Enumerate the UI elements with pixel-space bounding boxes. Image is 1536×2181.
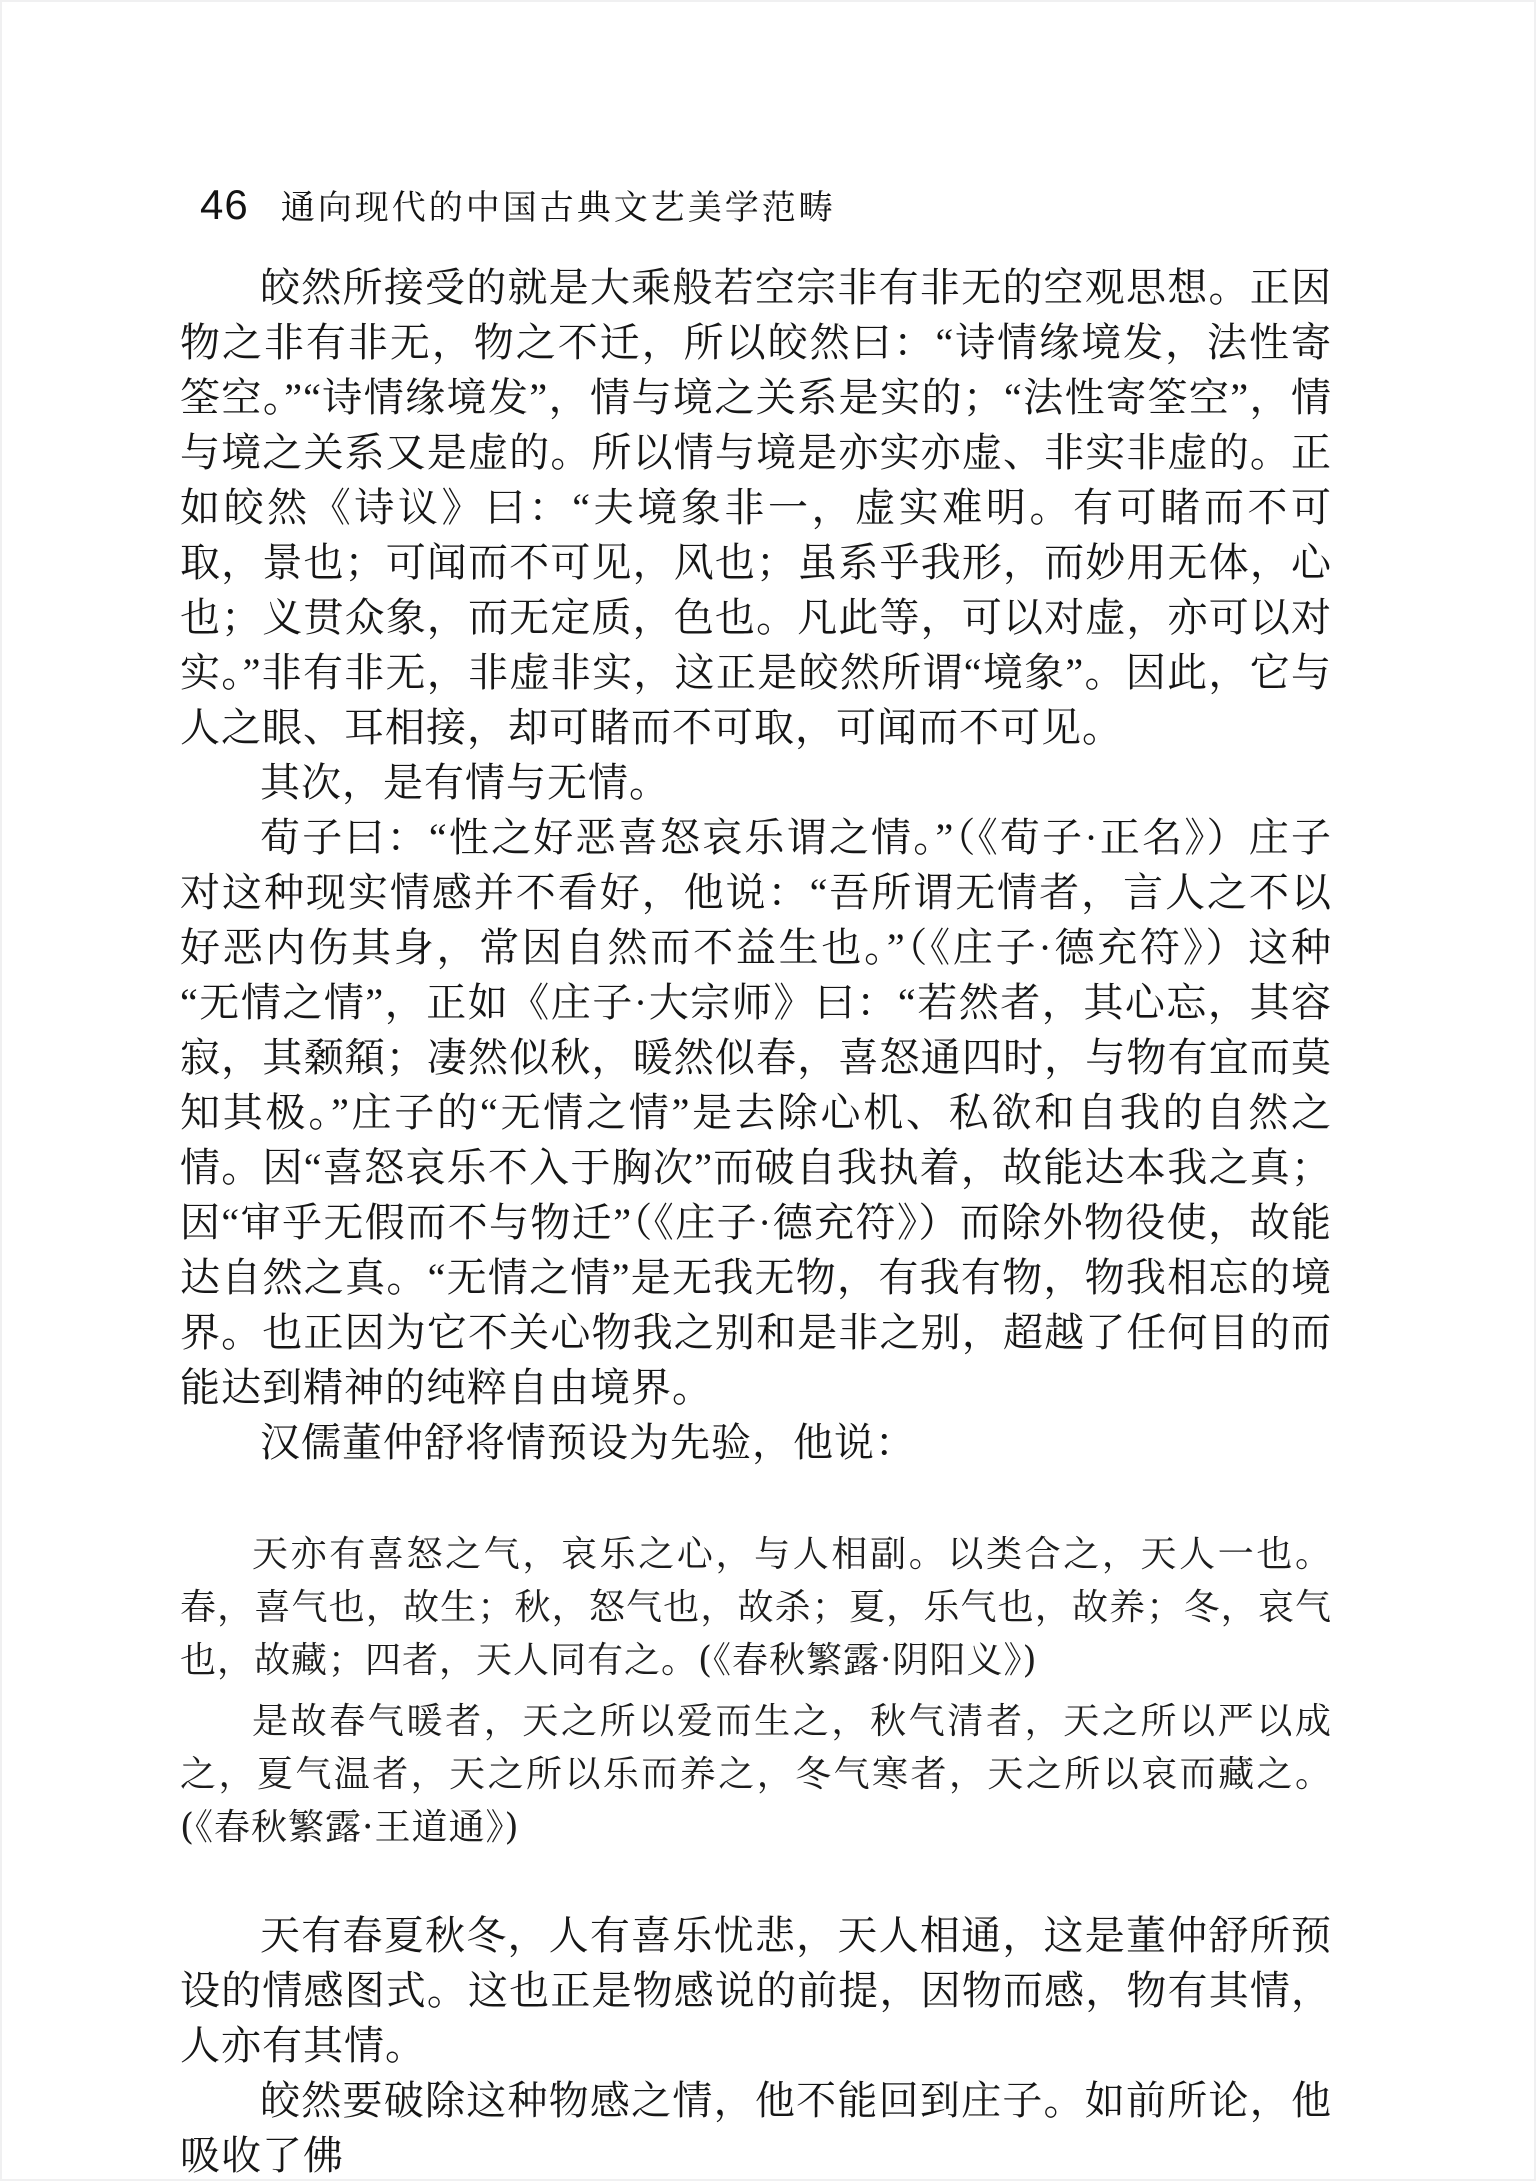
body-paragraph: 皎然要破除这种物感之情，他不能回到庄子。如前所论，他吸收了佛	[180, 2073, 1332, 2181]
body-paragraph: 天有春夏秋冬，人有喜乐忧悲，天人相通，这是董仲舒所预设的情感图式。这也正是物感说…	[180, 1908, 1332, 2073]
running-title: 通向现代的中国古典文艺美学范畴	[281, 180, 836, 229]
body-paragraph: 皎然所接受的就是大乘般若空宗非有非无的空观思想。正因物之非有非无，物之不迁，所以…	[180, 260, 1332, 755]
body-paragraph: 荀子曰：“性之好恶喜怒哀乐谓之情。”（《荀子·正名》）庄子对这种现实情感并不看好…	[180, 810, 1332, 1415]
block-quote: 是故春气暖者，天之所以爱而生之，秋气清者，天之所以严以成之，夏气温者，天之所以乐…	[180, 1695, 1332, 1854]
page-number: 46	[200, 181, 249, 229]
text-block: 皎然所接受的就是大乘般若空宗非有非无的空观思想。正因物之非有非无，物之不迁，所以…	[180, 260, 1332, 2181]
body-paragraph: 汉儒董仲舒将情预设为先验，他说：	[180, 1415, 1332, 1470]
block-quote: 天亦有喜怒之气，哀乐之心，与人相副。以类合之，天人一也。春，喜气也，故生；秋，怒…	[180, 1528, 1332, 1687]
running-header: 46 通向现代的中国古典文艺美学范畴	[200, 180, 836, 229]
book-page: 46 通向现代的中国古典文艺美学范畴 皎然所接受的就是大乘般若空宗非有非无的空观…	[0, 0, 1536, 2181]
body-paragraph: 其次，是有情与无情。	[180, 755, 1332, 810]
